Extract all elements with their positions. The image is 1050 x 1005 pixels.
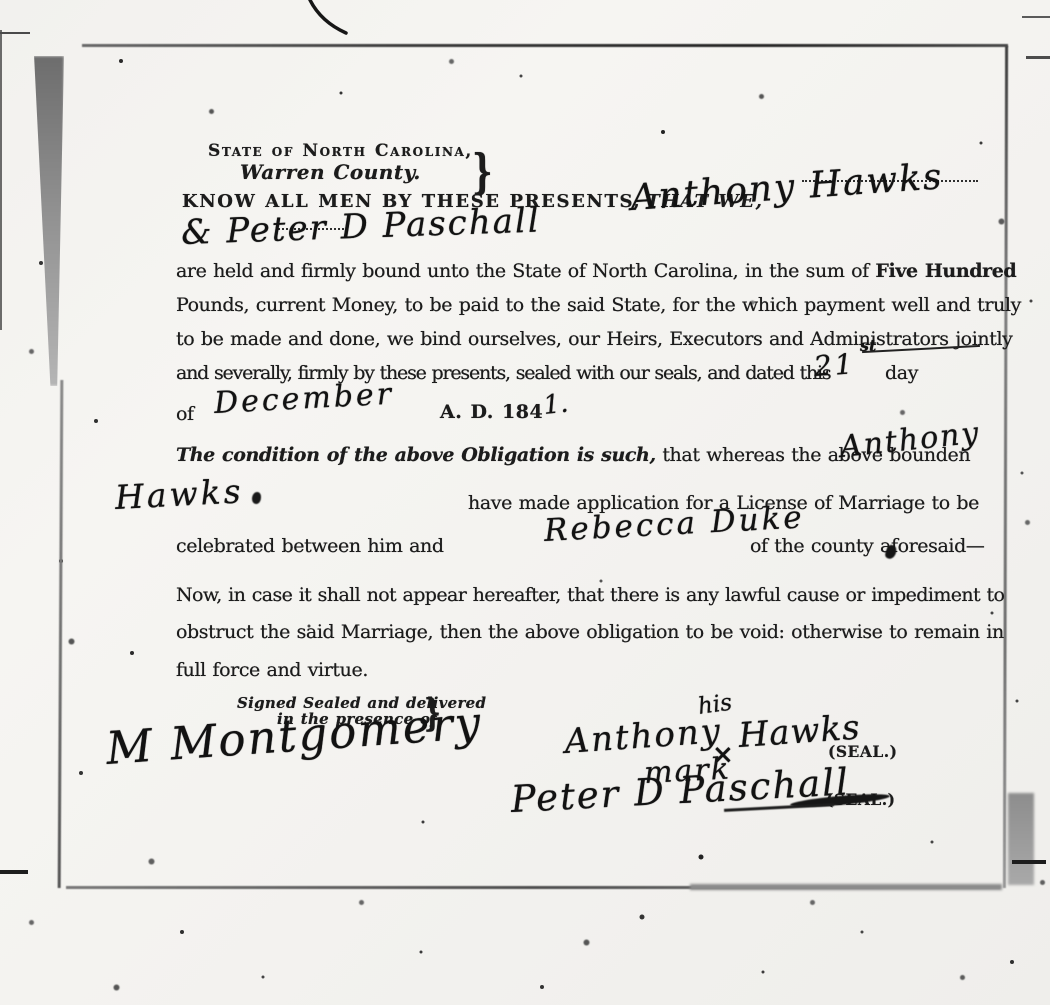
oath-line-1: are held and firmly bound unto the State… xyxy=(176,260,1016,282)
page-right-edge xyxy=(1003,46,1008,888)
seal-1: (SEAL.) xyxy=(828,742,898,761)
year-digit: 1. xyxy=(542,389,570,421)
state-heading: State of North Carolina, xyxy=(208,141,473,161)
oath-line-4: and severally, firmly by these presents,… xyxy=(176,362,830,384)
ink-blob-hawks xyxy=(252,492,261,504)
page-left-edge-lower xyxy=(58,380,64,888)
ad-year-printed: A. D. 184 xyxy=(440,401,543,423)
top-curve-mark xyxy=(300,0,352,36)
county-heading: Warren County. xyxy=(240,160,421,184)
rightside-smudge xyxy=(1008,793,1034,885)
scanner-topleft-line xyxy=(0,32,30,34)
oath-line-3: to be made and done, we bind ourselves, … xyxy=(176,328,1013,350)
scanner-left-line-top xyxy=(0,30,2,330)
condition-line-5: obstruct the said Marriage, then the abo… xyxy=(176,621,1004,643)
bounden-last-name: Hawks xyxy=(114,471,245,517)
day-word: day xyxy=(885,362,918,384)
oath-line-1a: are held and firmly bound unto the State… xyxy=(176,260,875,282)
oath-line-5-of: of xyxy=(176,403,194,425)
condition-clause: The condition of the above Obligation is… xyxy=(176,444,656,466)
topright-dash-2 xyxy=(1026,56,1050,59)
condition-line-4: Now, in case it shall not appear hereaft… xyxy=(176,584,1004,606)
scanned-document: State of North Carolina, Warren County. … xyxy=(0,0,1050,1005)
obligor1-signature: Anthony Hawks xyxy=(629,156,945,219)
page-left-smudge xyxy=(30,56,64,386)
oath-line-2: Pounds, current Money, to be paid to the… xyxy=(176,294,1021,316)
condition-line-3b: of the county aforesaid— xyxy=(750,535,984,557)
principal2-signature: Peter D Paschall xyxy=(510,760,851,821)
paper-specks-soft xyxy=(0,0,3,3)
condition-line-3a: celebrated between him and xyxy=(176,535,444,557)
rightside-dash xyxy=(1012,860,1046,864)
page-bottom-edge-heavy xyxy=(690,884,1002,890)
condition-line-6: full force and virtue. xyxy=(176,659,368,681)
scanner-left-dash-bottom xyxy=(0,870,28,874)
page-top-edge xyxy=(82,44,1008,47)
topright-dash-1 xyxy=(1022,16,1050,18)
day-number: 21 xyxy=(813,347,857,383)
penal-sum: Five Hundred xyxy=(875,260,1016,282)
